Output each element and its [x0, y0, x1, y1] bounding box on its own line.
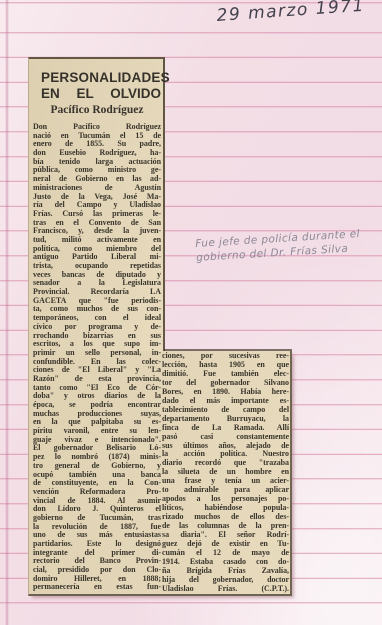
text-line: de constituyente, en la Con- [33, 479, 161, 488]
text-line: tanto como "El Eco de Cór- [33, 384, 161, 393]
text-line: rectorio del Banco Provin- [33, 557, 161, 566]
text-line: pasó casi constantemente [162, 433, 289, 442]
text-line: doba" y otros diarios de la [33, 392, 161, 401]
text-line: cívico por programa y de- [33, 323, 161, 332]
text-line: pública, como ministro ge- [33, 166, 161, 175]
text-line: partidarios. Este lo designó [33, 540, 161, 549]
text-line: rrochando bizarrías en sus [33, 332, 161, 341]
text-line: Don Pacífico Rodríguez [33, 123, 161, 132]
clipping-column-1: Don Pacífico Rodrígueznació en Tucumán e… [33, 123, 161, 592]
text-line: uno de sus más entusiastas [33, 531, 161, 540]
text-line: diario recordó que "trazaba [162, 459, 289, 468]
text-line: antiguo Partido Liberal mi- [33, 253, 161, 262]
text-line: trista, ocupando repetidas [33, 262, 161, 271]
text-line: El gobernador Belisario Ló- [33, 444, 161, 453]
text-line: de las columnas de la pren- [162, 522, 289, 531]
text-line: don Eusebio Rodríguez, ha- [33, 149, 161, 158]
headline-line-2: EN EL OLVIDO [41, 86, 161, 102]
text-line: tud, militó activamente en [33, 236, 161, 245]
text-line: tras en el Convento de San [33, 219, 161, 228]
text-line: apodos a los personajes po- [162, 495, 289, 504]
text-line: rizado muchos de ellos des- [162, 513, 289, 522]
text-line: ña Brígida Frías Zavalía, [162, 567, 289, 576]
text-line: finca de La Ramada. Allí [162, 424, 289, 433]
text-line: píritu varonil, entre su len- [33, 427, 161, 436]
text-line: Bores, en 1890. Había here- [162, 388, 289, 397]
text-line: en la que palpitaba su es- [33, 418, 161, 427]
text-line: guez dejó de existir en Tu- [162, 540, 289, 549]
text-line: temporáneos, con el ideal [33, 314, 161, 323]
text-line: la silueta de un hombre en [162, 468, 289, 477]
text-line: Uladislao Frías. (C.P.T.). [162, 585, 289, 594]
text-line: sus últimos años, alejado de [162, 442, 289, 451]
text-line: neral de Gobierno en las ad- [33, 175, 161, 184]
text-line: cial, presidido por don Clo- [33, 566, 161, 575]
text-line: Razón" de esta provincia, [33, 375, 161, 384]
text-line: ministraciones de Agustín [33, 184, 161, 193]
text-line: tablecimiento de campo del [162, 406, 289, 415]
text-line: cumán el 12 de mayo de [162, 549, 289, 558]
text-line: vincial de 1884. Al asumir [33, 497, 161, 506]
text-line: tro general de Gobierno, y [33, 462, 161, 471]
text-line: muchas producciones suyas, [33, 410, 161, 419]
text-line: gobierno de Tucumán, tras [33, 514, 161, 523]
text-line: don Lídoro J. Quinteros el [33, 505, 161, 514]
text-line: líticos, habiéndose popula- [162, 504, 289, 513]
text-line: bía tenido larga actuación [33, 158, 161, 167]
text-line: senador a la Legislatura [33, 279, 161, 288]
clipping-headline: PERSONALIDADES EN EL OLVIDO [41, 70, 161, 101]
text-line: domiro Hilleret, en 1888; [33, 575, 161, 584]
text-line: ciones de "El Liberal" y "La [33, 366, 161, 375]
text-line: escritos, a los que supo im- [33, 340, 161, 349]
text-line: integrante del primer di- [33, 549, 161, 558]
text-line: permanecería en estas fun- [33, 583, 161, 592]
text-line: Frías. Cursó las primeras le- [33, 210, 161, 219]
text-line: guaje vivaz e intencionado". [33, 436, 161, 445]
text-line: pez lo nombró (1874) minis- [33, 453, 161, 462]
page-margin-crease [5, 0, 9, 625]
text-line: época, se podría encontrar [33, 401, 161, 410]
text-line: sa diaria". El señor Rodrí- [162, 531, 289, 540]
text-line: tor del gobernador Silvano [162, 379, 289, 388]
clipping-byline: Pacífico Rodríguez [33, 104, 161, 116]
text-line: ciones, por sucesivas ree- [162, 352, 289, 361]
text-line: nació en Tucumán el 15 de [33, 132, 161, 141]
text-line: enero de 1855. Su padre, [33, 140, 161, 149]
text-line: la revolución de 1887, fue [33, 523, 161, 532]
text-line: 1914. Estaba casado con do- [162, 558, 289, 567]
text-line: ocupó también una banca [33, 471, 161, 480]
text-line: la acción política. Nuestro [162, 450, 289, 459]
headline-line-1: PERSONALIDADES [41, 70, 161, 86]
text-line: hija del gobernador, doctor [162, 576, 289, 585]
text-line: Provincial. Recordaría LA [33, 288, 161, 297]
text-line: GACETA que "fue periodis- [33, 297, 161, 306]
text-line: to admirable para aplicar [162, 486, 289, 495]
clipping-column-2: ciones, por sucesivas ree-lección, hasta… [162, 352, 289, 594]
text-line: dado el más importante es- [162, 397, 289, 406]
text-line: lección, hasta 1905 en que [162, 361, 289, 370]
text-line: política, como miembro del [33, 245, 161, 254]
text-line: ría del Campo y Uladislao [33, 201, 161, 210]
text-line: Justo de la Vega, José Ma- [33, 193, 161, 202]
text-line: veces bancas de diputado y [33, 271, 161, 280]
text-line: Francisco, y, desde la juven- [33, 227, 161, 236]
text-line: departamento Burruyacu, la [162, 415, 289, 424]
text-line: dimitió. Fue también elec- [162, 370, 289, 379]
text-line: confundible. En las colec- [33, 358, 161, 367]
text-line: una frase y tenía un acier- [162, 477, 289, 486]
text-line: ta, como muchos de sus con- [33, 305, 161, 314]
text-line: primir un sello personal, in- [33, 349, 161, 358]
text-line: vención Reformadora Pro- [33, 488, 161, 497]
